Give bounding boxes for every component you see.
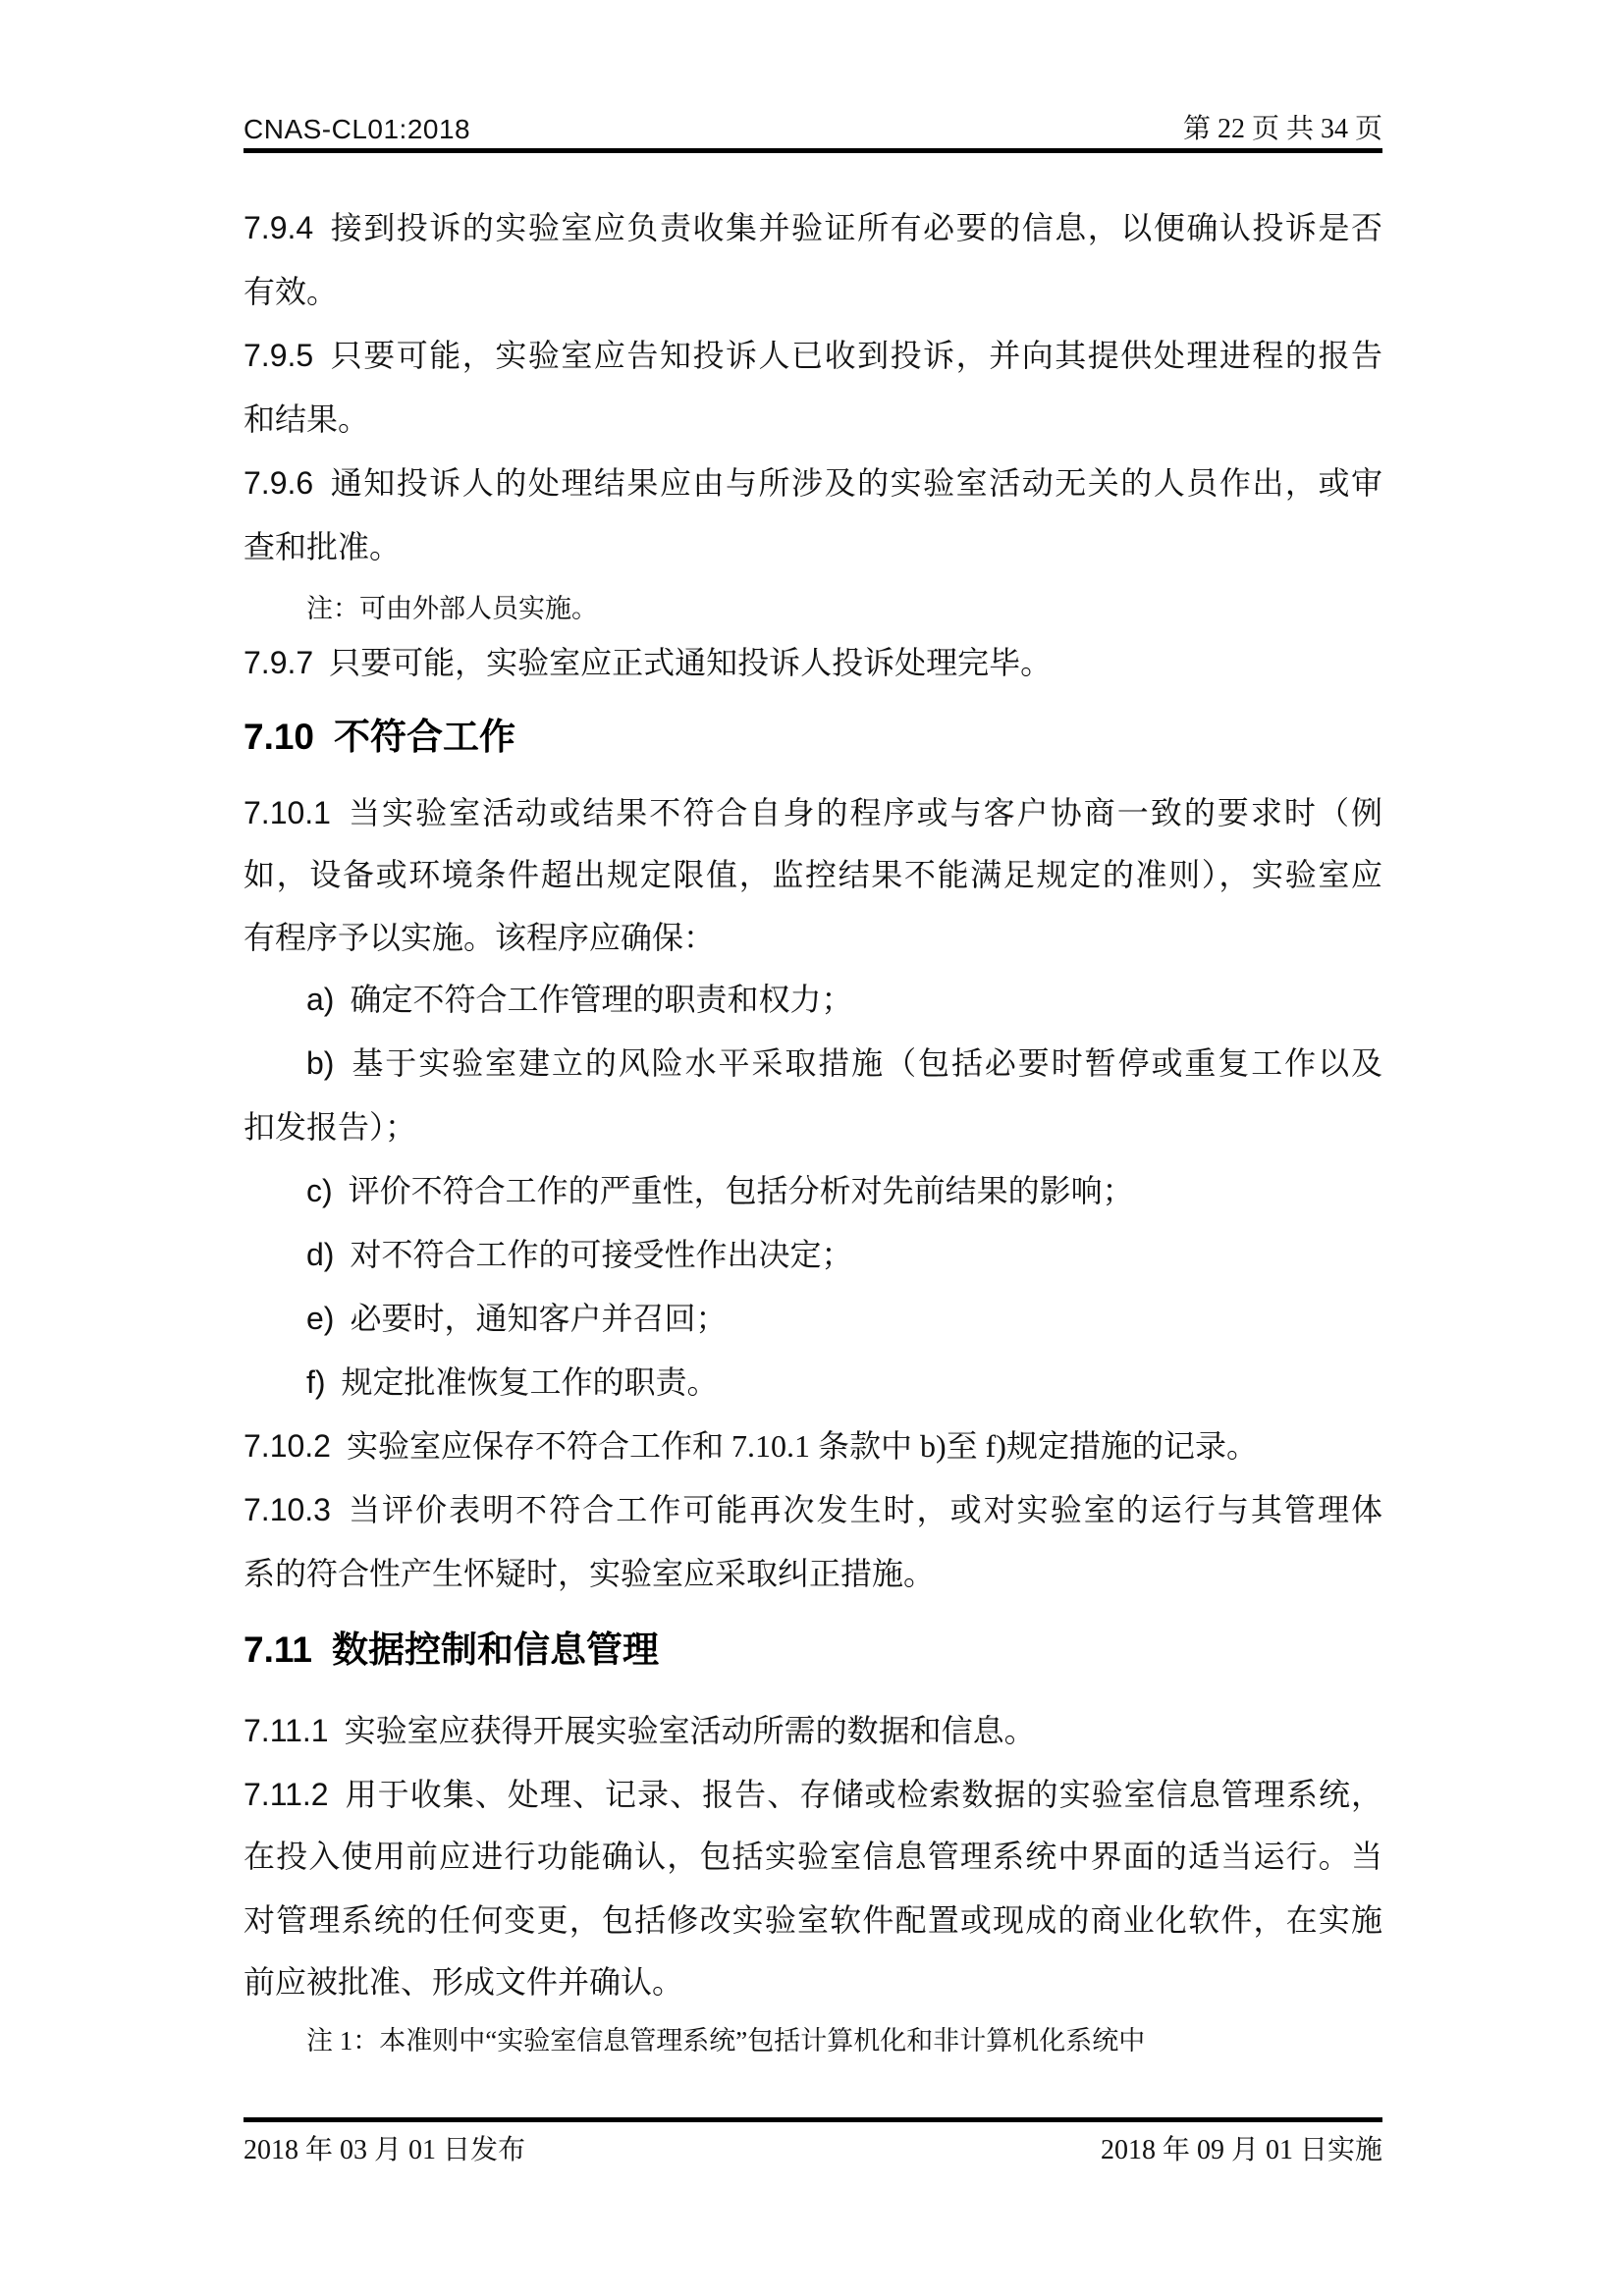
body-line: 7.11.2用于收集、处理、记录、报告、存储或检索数据的实验室信息管理系统， [244, 1775, 1382, 1814]
line-text: 系的符合性产生怀疑时，实验室应采取纠正措施。 [244, 1556, 935, 1591]
clause-number: 7.11.2 [244, 1777, 329, 1812]
footer-implementation-date: 2018 年 09 月 01 日实施 [1101, 2134, 1382, 2167]
body-line: 7.9.6通知投诉人的处理结果应由与所涉及的实验室活动无关的人员作出，或审 [244, 463, 1382, 503]
clause-number: 7.11 [244, 1629, 312, 1670]
line-text: 不符合工作 [334, 717, 515, 757]
clause-number: a) [306, 982, 334, 1017]
line-text: 只要可能，实验室应告知投诉人已收到投诉，并向其提供处理进程的报告 [329, 338, 1382, 373]
body-line: 查和批准。 [244, 527, 1382, 566]
body-line: f)规定批准恢复工作的职责。 [244, 1362, 1382, 1402]
line-text: 有程序予以实施。该程序应确保： [244, 920, 715, 955]
note-line: 注 1：本准则中“实验室信息管理系统”包括计算机化和非计算机化系统中 [244, 2024, 1382, 2057]
line-text: 数据控制和信息管理 [332, 1629, 659, 1670]
clause-number: e) [306, 1301, 334, 1336]
line-text: 如，设备或环境条件超出规定限值，监控结果不能满足规定的准则），实验室应 [244, 857, 1382, 892]
clause-number: 7.11.1 [244, 1713, 329, 1748]
section-heading: 7.10不符合工作 [244, 715, 1382, 760]
clause-number: 7.9.4 [244, 210, 313, 245]
footer-issue-date: 2018 年 03 月 01 日发布 [244, 2134, 525, 2167]
clause-number: d) [306, 1237, 334, 1272]
line-text: 前应被批准、形成文件并确认。 [244, 1964, 683, 2000]
body-line: 7.10.3当评价表明不符合工作可能再次发生时，或对实验室的运行与其管理体 [244, 1490, 1382, 1529]
clause-number: 7.10 [244, 717, 314, 757]
clause-number: f) [306, 1364, 326, 1400]
note-line: 注：可由外部人员实施。 [244, 592, 1382, 625]
line-text: 实验室应获得开展实验室活动所需的数据和信息。 [345, 1713, 1036, 1748]
clause-number: 7.10.2 [244, 1428, 331, 1464]
line-text: 基于实验室建立的风险水平采取措施（包括必要时暂停或重复工作以及 [350, 1045, 1382, 1081]
clause-number: c) [306, 1173, 333, 1208]
body-line: 如，设备或环境条件超出规定限值，监控结果不能满足规定的准则），实验室应 [244, 855, 1382, 894]
body-line: 7.10.1当实验室活动或结果不符合自身的程序或与客户协商一致的要求时（例 [244, 793, 1382, 832]
clause-number: 7.10.1 [244, 795, 331, 830]
line-text: 确定不符合工作管理的职责和权力； [350, 982, 852, 1017]
body-line: 有程序予以实施。该程序应确保： [244, 918, 1382, 957]
line-text: 评价不符合工作的严重性，包括分析对先前结果的影响； [349, 1173, 1134, 1208]
body-line: 系的符合性产生怀疑时，实验室应采取纠正措施。 [244, 1554, 1382, 1593]
line-text: 扣发报告）； [244, 1109, 416, 1145]
body-line: 对管理系统的任何变更，包括修改实验室软件配置或现成的商业化软件，在实施 [244, 1900, 1382, 1940]
line-text: 规定批准恢复工作的职责。 [342, 1364, 719, 1400]
line-text: 对管理系统的任何变更，包括修改实验室软件配置或现成的商业化软件，在实施 [244, 1902, 1382, 1938]
line-text: 实验室应保存不符合工作和 7.10.1 条款中 b)至 f)规定措施的记录。 [347, 1428, 1258, 1464]
body-line: 7.9.7只要可能，实验室应正式通知投诉人投诉处理完毕。 [244, 643, 1382, 682]
clause-number: 7.10.3 [244, 1492, 331, 1527]
body-line: c)评价不符合工作的严重性，包括分析对先前结果的影响； [244, 1171, 1382, 1210]
body-line: 前应被批准、形成文件并确认。 [244, 1962, 1382, 2002]
line-text: 用于收集、处理、记录、报告、存储或检索数据的实验室信息管理系统， [345, 1777, 1382, 1812]
document-body: 7.9.4接到投诉的实验室应负责收集并验证所有必要的信息，以便确认投诉是否有效。… [0, 0, 1624, 2296]
body-line: 和结果。 [244, 400, 1382, 439]
clause-number: b) [306, 1045, 334, 1081]
footer-rule [244, 2117, 1382, 2122]
line-text: 注：可由外部人员实施。 [306, 594, 598, 623]
body-line: 有效。 [244, 272, 1382, 311]
body-line: 7.11.1实验室应获得开展实验室活动所需的数据和信息。 [244, 1711, 1382, 1750]
body-line: e)必要时，通知客户并召回； [244, 1299, 1382, 1338]
line-text: 有效。 [244, 274, 338, 309]
body-line: 在投入使用前应进行功能确认，包括实验室信息管理系统中界面的适当运行。当 [244, 1837, 1382, 1876]
line-text: 当实验室活动或结果不符合自身的程序或与客户协商一致的要求时（例 [347, 795, 1382, 830]
line-text: 和结果。 [244, 401, 369, 437]
body-line: 7.9.5只要可能，实验室应告知投诉人已收到投诉，并向其提供处理进程的报告 [244, 336, 1382, 375]
line-text: 必要时，通知客户并召回； [350, 1301, 727, 1336]
line-text: 只要可能，实验室应正式通知投诉人投诉处理完毕。 [329, 645, 1052, 680]
line-text: 在投入使用前应进行功能确认，包括实验室信息管理系统中界面的适当运行。当 [244, 1839, 1382, 1874]
body-line: a)确定不符合工作管理的职责和权力； [244, 980, 1382, 1019]
line-text: 接到投诉的实验室应负责收集并验证所有必要的信息，以便确认投诉是否 [329, 210, 1382, 245]
line-text: 对不符合工作的可接受性作出决定； [350, 1237, 852, 1272]
line-text: 注 1：本准则中“实验室信息管理系统”包括计算机化和非计算机化系统中 [306, 2026, 1145, 2056]
clause-number: 7.9.6 [244, 465, 313, 501]
body-line: d)对不符合工作的可接受性作出决定； [244, 1235, 1382, 1274]
body-line: 7.10.2实验室应保存不符合工作和 7.10.1 条款中 b)至 f)规定措施… [244, 1426, 1382, 1466]
document-page: CNAS-CL01:2018 第 22 页 共 34 页 7.9.4接到投诉的实… [0, 0, 1624, 2296]
body-line: 扣发报告）； [244, 1107, 1382, 1147]
line-text: 当评价表明不符合工作可能再次发生时，或对实验室的运行与其管理体 [347, 1492, 1382, 1527]
clause-number: 7.9.5 [244, 338, 313, 373]
body-line: 7.9.4接到投诉的实验室应负责收集并验证所有必要的信息，以便确认投诉是否 [244, 208, 1382, 247]
line-text: 查和批准。 [244, 529, 401, 564]
line-text: 通知投诉人的处理结果应由与所涉及的实验室活动无关的人员作出，或审 [329, 465, 1382, 501]
body-line: b)基于实验室建立的风险水平采取措施（包括必要时暂停或重复工作以及 [244, 1043, 1382, 1083]
section-heading: 7.11数据控制和信息管理 [244, 1628, 1382, 1673]
clause-number: 7.9.7 [244, 645, 313, 680]
